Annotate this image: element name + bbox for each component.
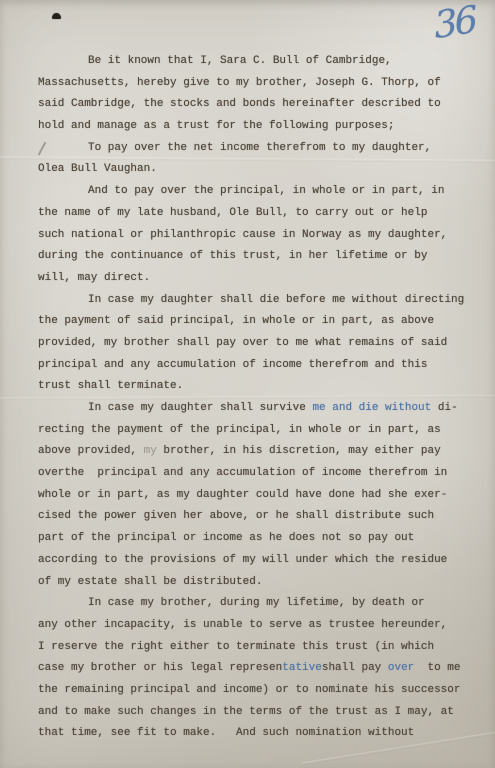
text-segment: the payment of said principal, in whole … (38, 315, 434, 327)
typed-line: recting the payment of the principal, in… (38, 420, 477, 442)
typed-line: any other incapacity, is unable to serve… (38, 615, 477, 637)
text-segment: will, may direct. (38, 272, 150, 284)
text-segment: Massachusetts, hereby give to my brother… (38, 77, 441, 89)
typed-line: In case my daughter shall die before me … (38, 290, 477, 312)
text-segment: brother, in his discretion, may either p… (157, 445, 441, 457)
text-segment: To pay over the net income therefrom to … (88, 142, 431, 154)
text-segment: according to the provisions of my will u… (38, 554, 447, 566)
text-segment: In case my daughter shall die before me … (88, 294, 464, 306)
typed-line: case my brother or his legal representat… (38, 658, 477, 680)
text-segment: tative (282, 662, 322, 674)
text-segment: recting the payment of the principal, in… (38, 424, 441, 436)
text-segment: In case my daughter shall survive (88, 402, 312, 414)
text-segment: And to pay over the principal, in whole … (88, 185, 444, 197)
text-segment: provided, my brother shall pay over to m… (38, 337, 447, 349)
text-segment: the name of my late husband, Ole Bull, t… (38, 207, 427, 219)
typed-line: I reserve the right either to terminate … (38, 637, 477, 659)
text-segment: In case my brother, during my lifetime, … (88, 597, 425, 609)
text-segment: of my estate shall be distributed. (38, 576, 262, 588)
text-segment: the remaining principal and income) or t… (38, 684, 460, 696)
text-segment: I reserve the right either to terminate … (38, 641, 434, 653)
typed-line: hold and manage as a trust for the follo… (38, 116, 477, 138)
text-segment: any other incapacity, is unable to serve… (38, 619, 447, 631)
text-segment: shall pay (322, 662, 388, 674)
document-page: 36 Be it known that I, Sara C. Bull of C… (0, 0, 495, 768)
typed-line: provided, my brother shall pay over to m… (38, 333, 477, 355)
typed-line: and to make such changes in the terms of… (38, 702, 477, 724)
typed-line: whole or in part, as my daughter could h… (38, 485, 477, 507)
text-segment: cised the power given her above, or he s… (38, 510, 434, 522)
typed-line: Olea Bull Vaughan. (38, 159, 477, 181)
text-segment: and to make such changes in the terms of… (38, 706, 454, 718)
text-segment: above provided, (38, 445, 144, 457)
typed-line: said Cambridge, the stocks and bonds her… (38, 94, 477, 116)
typed-line: part of the principal or income as he do… (38, 528, 477, 550)
typed-line: will, may direct. (38, 268, 477, 290)
typed-line: the name of my late husband, Ole Bull, t… (38, 203, 477, 225)
text-segment: my (144, 445, 157, 457)
text-segment: hold and manage as a trust for the follo… (38, 120, 394, 132)
text-segment: case my brother or his legal represen (38, 662, 282, 674)
typed-line: Be it known that I, Sara C. Bull of Camb… (38, 51, 477, 73)
typed-line: during the continuance of this trust, in… (38, 246, 477, 268)
text-segment: me and die without (312, 402, 431, 414)
text-segment: to me (414, 662, 460, 674)
typed-line: of my estate shall be distributed. (38, 572, 477, 594)
typed-line: In case my brother, during my lifetime, … (38, 593, 477, 615)
typed-line: according to the provisions of my will u… (38, 550, 477, 572)
typed-line: trust shall terminate. (38, 376, 477, 398)
text-segment: during the continuance of this trust, in… (38, 250, 427, 262)
typed-line: the remaining principal and income) or t… (38, 680, 477, 702)
text-segment: overthe principal and any accumulation o… (38, 467, 447, 479)
ink-blot-mark (52, 13, 61, 19)
text-segment: said Cambridge, the stocks and bonds her… (38, 98, 441, 110)
typed-line: above provided, my brother, in his discr… (38, 441, 477, 463)
document-body: Be it known that I, Sara C. Bull of Camb… (0, 51, 495, 745)
text-segment: di- (431, 402, 457, 414)
typed-line: In case my daughter shall survive me and… (38, 398, 477, 420)
typed-line: overthe principal and any accumulation o… (38, 463, 477, 485)
typed-line: that time, see fit to make. And such nom… (38, 723, 477, 745)
text-segment: trust shall terminate. (38, 380, 183, 392)
text-segment: principal and any accumulation of income… (38, 359, 427, 371)
typed-line: principal and any accumulation of income… (38, 355, 477, 377)
text-segment: Be it known that I, Sara C. Bull of Camb… (88, 55, 392, 67)
typed-line: And to pay over the principal, in whole … (38, 181, 477, 203)
typed-line: To pay over the net income therefrom to … (38, 138, 477, 160)
text-segment: over (388, 662, 414, 674)
typed-line: cised the power given her above, or he s… (38, 506, 477, 528)
handwritten-page-number: 36 (432, 0, 476, 47)
text-segment: part of the principal or income as he do… (38, 532, 414, 544)
typed-line: the payment of said principal, in whole … (38, 311, 477, 333)
typed-line: such national or philanthropic cause in … (38, 225, 477, 247)
text-segment: whole or in part, as my daughter could h… (38, 489, 447, 501)
typed-line: Massachusetts, hereby give to my brother… (38, 73, 477, 95)
text-segment: that time, see fit to make. And such nom… (38, 727, 414, 739)
text-segment: Olea Bull Vaughan. (38, 163, 157, 175)
text-segment: such national or philanthropic cause in … (38, 229, 447, 241)
